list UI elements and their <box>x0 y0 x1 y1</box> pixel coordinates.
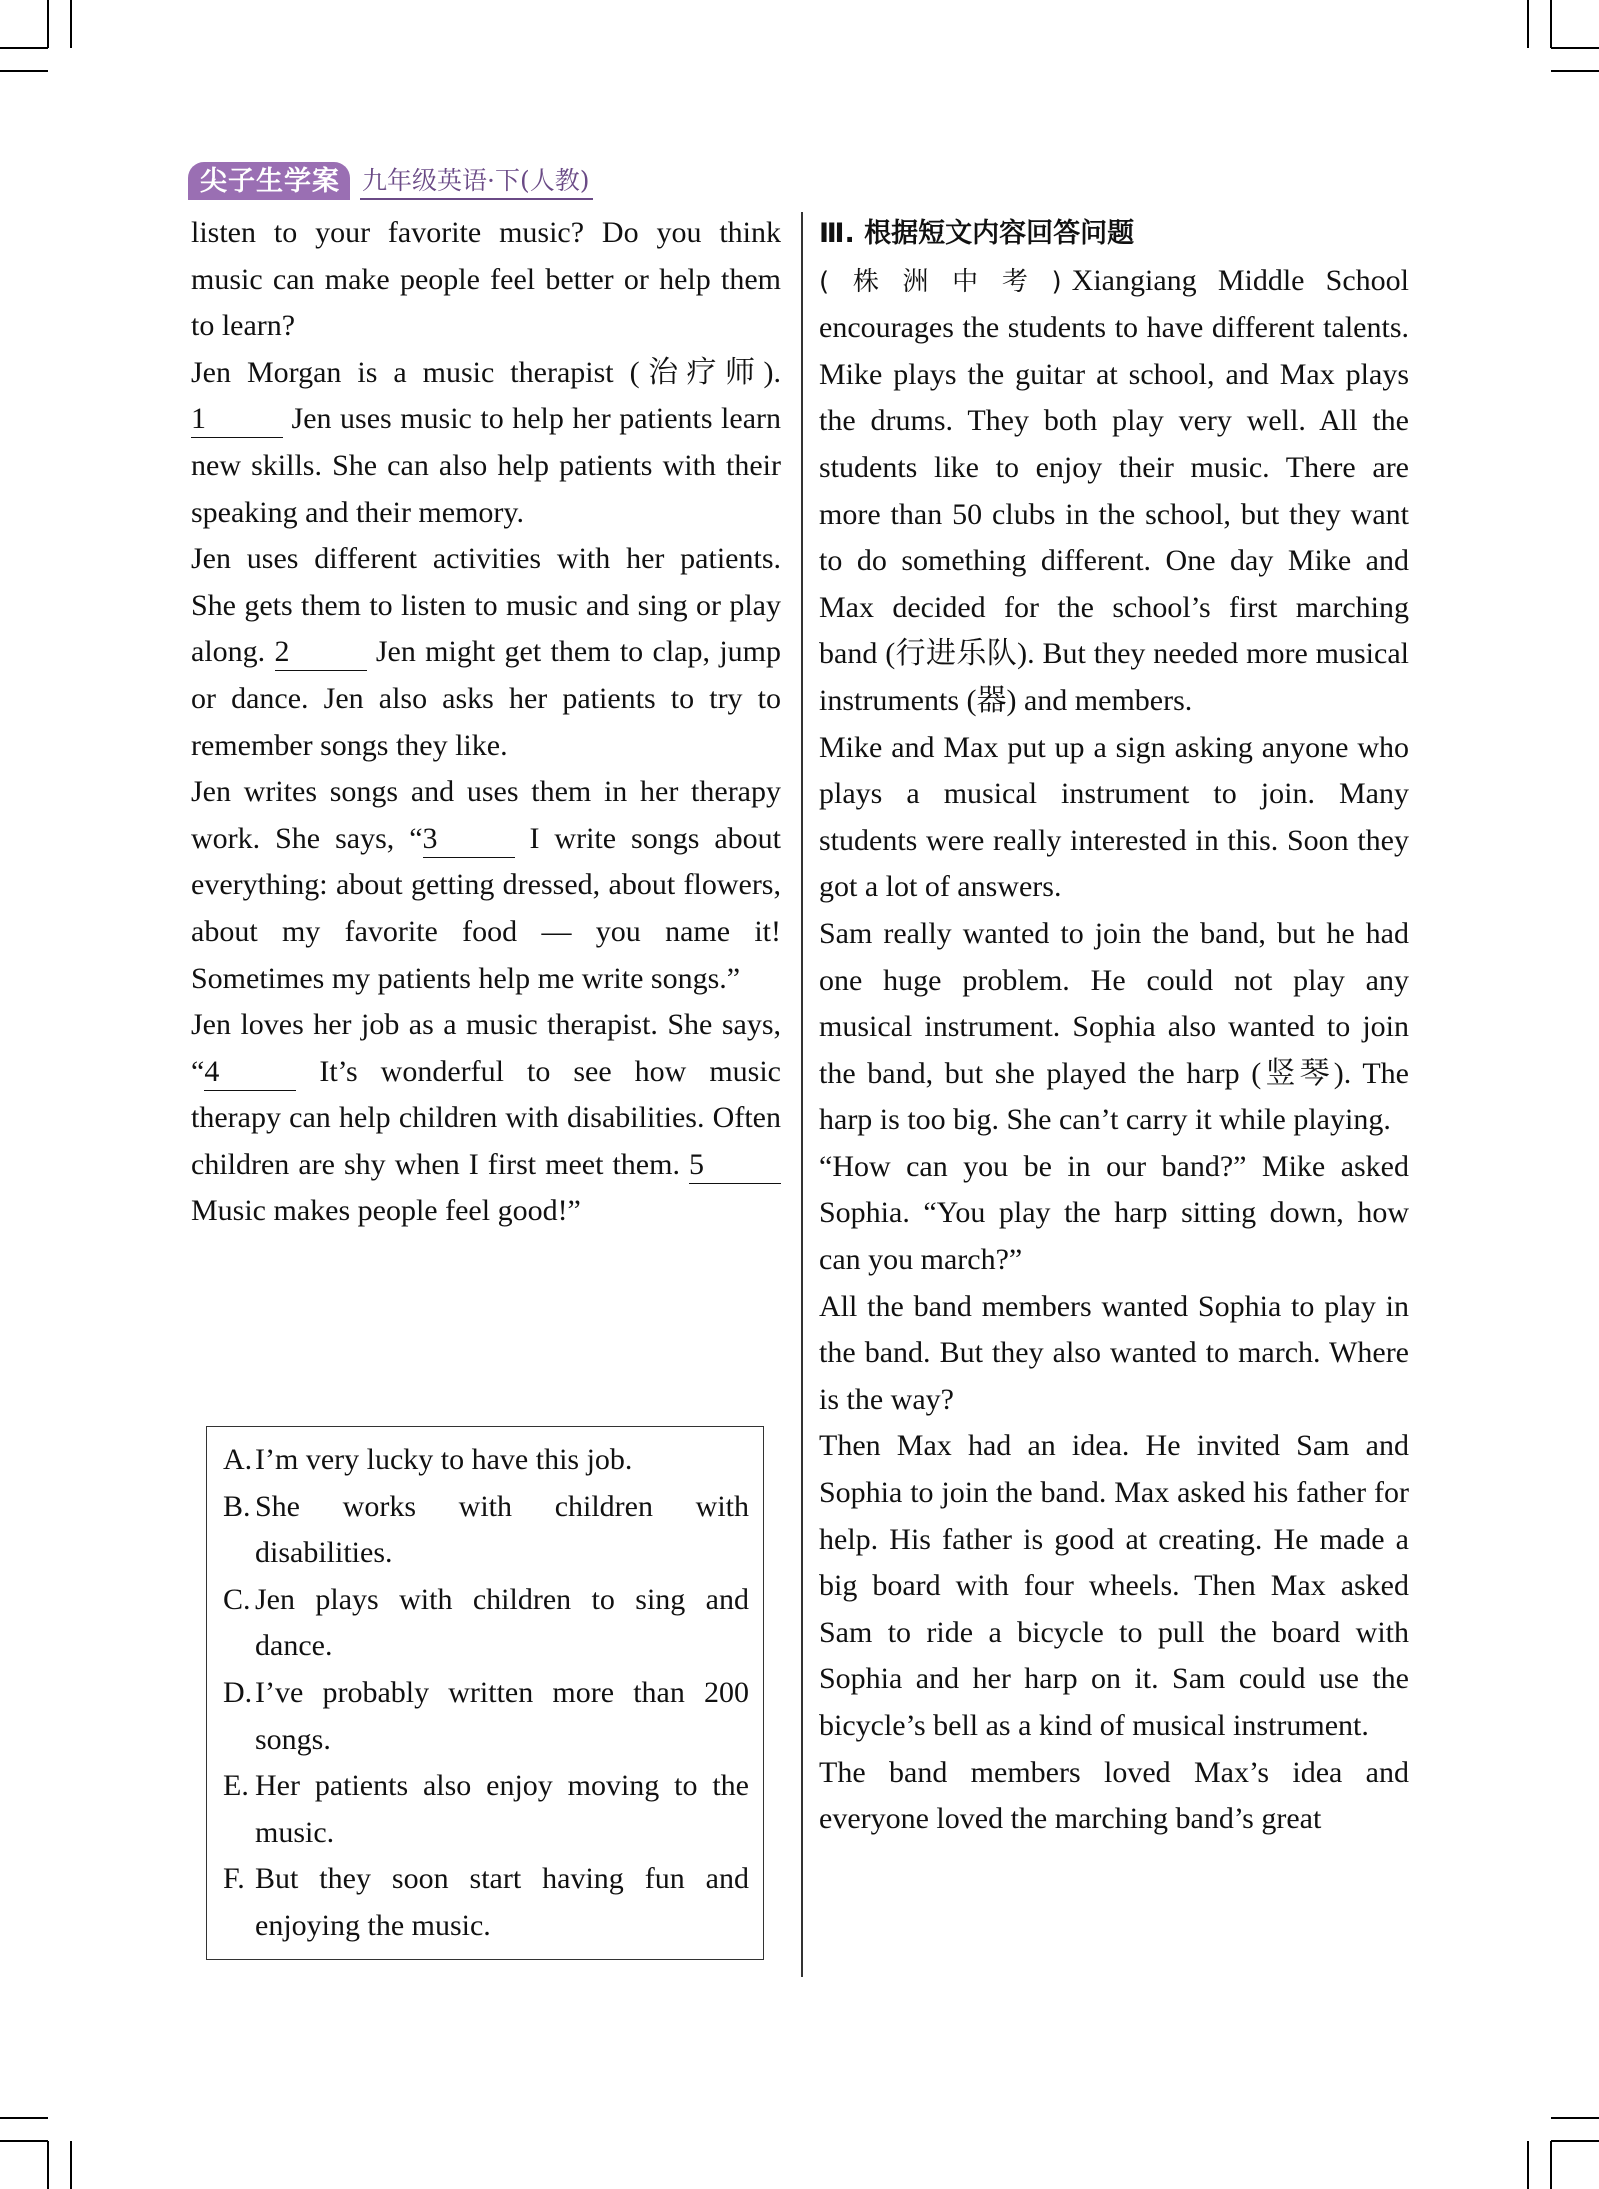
passage-paragraph: Mike and Max put up a sign asking anyone… <box>819 725 1409 911</box>
crop-mark <box>70 0 72 48</box>
crop-mark <box>47 0 49 48</box>
passage-paragraph: (株洲中考)Xiangiang Middle School encourages… <box>819 258 1409 725</box>
options-box: A.I’m very lucky to have this job.B.She … <box>206 1426 764 1960</box>
right-column: Ⅲ. 根据短文内容回答问题 (株洲中考)Xiangiang Middle Sch… <box>819 210 1409 1843</box>
crop-mark <box>1527 2141 1529 2189</box>
option-letter: C. <box>223 1577 255 1670</box>
option-item: E.Her patients also enjoy moving to the … <box>223 1763 749 1856</box>
option-letter: A. <box>223 1437 255 1484</box>
left-column: listen to your favorite music? Do you th… <box>191 210 781 1235</box>
crop-mark <box>47 2141 49 2189</box>
source-label: (株洲中考) <box>819 267 1072 297</box>
crop-mark <box>1551 2140 1599 2142</box>
crop-mark <box>1551 47 1599 49</box>
passage-paragraph: All the band members wanted Sophia to pl… <box>819 1284 1409 1424</box>
crop-mark <box>0 2117 48 2119</box>
crop-mark <box>1551 70 1599 72</box>
answer-blank-4[interactable]: 4 <box>204 1054 296 1091</box>
passage-paragraph: Jen uses different activities with her p… <box>191 536 781 769</box>
option-item: D.I’ve probably written more than 200 so… <box>223 1670 749 1763</box>
section-title: Ⅲ. 根据短文内容回答问题 <box>819 218 1134 249</box>
option-item: C.Jen plays with children to sing and da… <box>223 1577 749 1670</box>
option-letter: F. <box>223 1856 255 1949</box>
crop-mark <box>1550 0 1552 48</box>
passage-paragraph: “How can you be in our band?” Mike asked… <box>819 1144 1409 1284</box>
answer-blank-1[interactable]: 1 <box>191 401 283 438</box>
page-header: 尖子生学案 九年级英语·下(人教) <box>188 160 593 200</box>
crop-mark <box>0 47 48 49</box>
option-text: I’m very lucky to have this job. <box>255 1437 749 1484</box>
option-letter: D. <box>223 1670 255 1763</box>
passage-paragraph: Jen Morgan is a music therapist (治疗师). 1… <box>191 350 781 536</box>
option-item: A.I’m very lucky to have this job. <box>223 1437 749 1484</box>
option-item: B.She works with children with disabilit… <box>223 1484 749 1577</box>
option-item: F.But they soon start having fun and enj… <box>223 1856 749 1949</box>
option-text: Her patients also enjoy moving to the mu… <box>255 1763 749 1856</box>
passage-paragraph: listen to your favorite music? Do you th… <box>191 210 781 350</box>
passage-paragraph: Then Max had an idea. He invited Sam and… <box>819 1423 1409 1749</box>
crop-mark <box>0 2140 48 2142</box>
answer-blank-5[interactable]: 5 <box>689 1147 781 1184</box>
answer-blank-3[interactable]: 3 <box>423 821 515 858</box>
option-letter: B. <box>223 1484 255 1577</box>
crop-mark <box>70 2141 72 2189</box>
option-text: I’ve probably written more than 200 song… <box>255 1670 749 1763</box>
option-letter: E. <box>223 1763 255 1856</box>
passage-paragraph: Jen writes songs and uses them in her th… <box>191 769 781 1002</box>
column-divider <box>801 212 803 1977</box>
passage-paragraph: Jen loves her job as a music therapist. … <box>191 1002 781 1235</box>
crop-mark <box>1550 2141 1552 2189</box>
option-text: She works with children with disabilitie… <box>255 1484 749 1577</box>
crop-mark <box>0 70 48 72</box>
book-subtitle: 九年级英语·下(人教) <box>360 164 593 200</box>
crop-mark <box>1551 2117 1599 2119</box>
crop-mark <box>1527 0 1529 48</box>
option-text: Jen plays with children to sing and danc… <box>255 1577 749 1670</box>
option-text: But they soon start having fun and enjoy… <box>255 1856 749 1949</box>
answer-blank-2[interactable]: 2 <box>275 634 367 671</box>
passage-paragraph: Sam really wanted to join the band, but … <box>819 911 1409 1144</box>
series-badge: 尖子生学案 <box>188 162 350 200</box>
passage-paragraph: The band members loved Max’s idea and ev… <box>819 1750 1409 1843</box>
